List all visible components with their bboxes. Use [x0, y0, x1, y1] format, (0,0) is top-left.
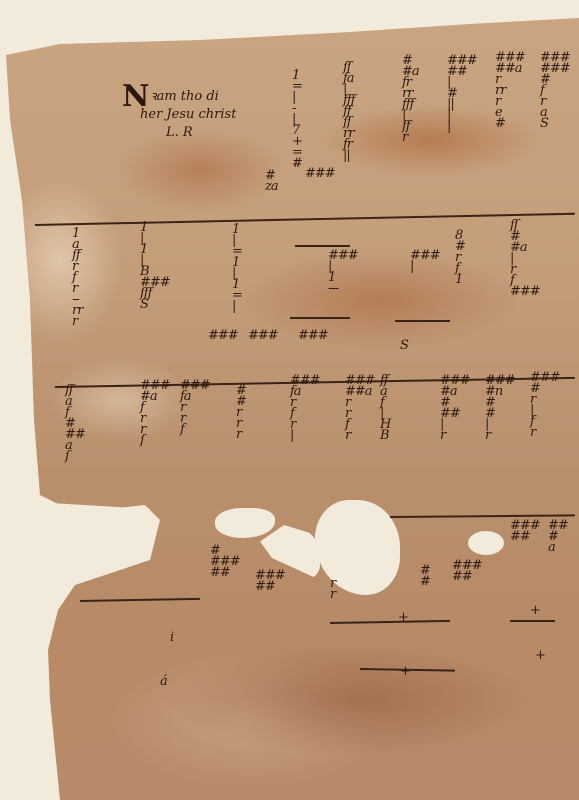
staff-rule: [290, 317, 350, 319]
tablature-column: ### # r | f r: [530, 372, 560, 438]
tablature-column: ### | 1 ---: [328, 250, 358, 294]
tablature-column: á: [160, 676, 167, 687]
manuscript-heading: Nꝛam tho di her Jesu christ L. R: [122, 88, 236, 142]
tablature-column: ###: [248, 330, 278, 341]
tablature-column: # # r r r: [236, 385, 246, 440]
tablature-column: 1 = | - | 7 + = #: [292, 70, 302, 169]
tablature-column: 1 | 1 | B ### ſſf S: [140, 222, 170, 310]
tear-hole: [468, 531, 504, 555]
tablature-column: # ### ##: [210, 545, 240, 578]
tablature-column: ſſ a f # ## a ſ: [65, 385, 85, 462]
tablature-column: +: [400, 666, 410, 677]
tablature-column: # za: [265, 170, 278, 192]
tablature-column: ### #n # # | r: [485, 375, 515, 441]
tablature-column: 1 | = 1 | 1 = |: [232, 224, 242, 312]
tablature-column: 1 a ſf r f r -- rr r: [72, 228, 82, 327]
tablature-column: +: [530, 605, 540, 616]
tablature-column: ### #a # ## | r: [440, 375, 470, 441]
tablature-column: ### ## | # || | |: [447, 55, 477, 132]
staff-rule: [510, 620, 555, 622]
tablature-column: ### ### # f r a S: [540, 52, 570, 129]
tablature-column: ſſ fa | fff ff ſſ rr fr ||: [343, 62, 354, 161]
heading-line-2: her Jesu christ: [140, 106, 236, 124]
tablature-column: ###: [305, 168, 335, 179]
tablature-column: ### ##a r r f r: [345, 375, 375, 441]
staff-rule: [295, 245, 350, 247]
tablature-column: i: [170, 632, 173, 643]
tablature-column: ### ##: [510, 520, 540, 542]
tablature-column: # #a fr rr fff | ſf r: [402, 55, 419, 143]
tablature-column: ſſ # #a | r f ###: [510, 220, 540, 297]
tablature-column: S: [400, 340, 408, 351]
tablature-column: ### ##: [255, 570, 285, 592]
manuscript-photo: Nꝛam tho di her Jesu christ L. R 1 = | -…: [0, 0, 579, 800]
tablature-column: ### #a f r r ſ: [140, 380, 170, 446]
tablature-column: ### fa r f r |: [290, 375, 320, 441]
tablature-column: ### |: [410, 250, 440, 272]
tablature-column: ### ##: [452, 560, 482, 582]
tablature-column: ###: [298, 330, 328, 341]
tablature-column: ###: [208, 330, 238, 341]
tablature-column: # #: [420, 565, 430, 587]
heading-line-1: ꝛam tho di: [150, 89, 218, 104]
tablature-column: +: [535, 650, 545, 661]
tablature-column: r r: [330, 578, 335, 600]
tablature-column: ### ##a r rr r e #: [495, 52, 525, 129]
tablature-column: 8 # r f 1: [455, 230, 465, 285]
tablature-column: ## # a: [548, 520, 568, 553]
tablature-column: ### fa r r f: [180, 380, 210, 435]
staff-rule: [395, 320, 450, 322]
tablature-column: +: [398, 612, 408, 623]
heading-line-3: L. R: [166, 124, 236, 142]
tablature-column: ff a f | H B: [380, 375, 390, 441]
